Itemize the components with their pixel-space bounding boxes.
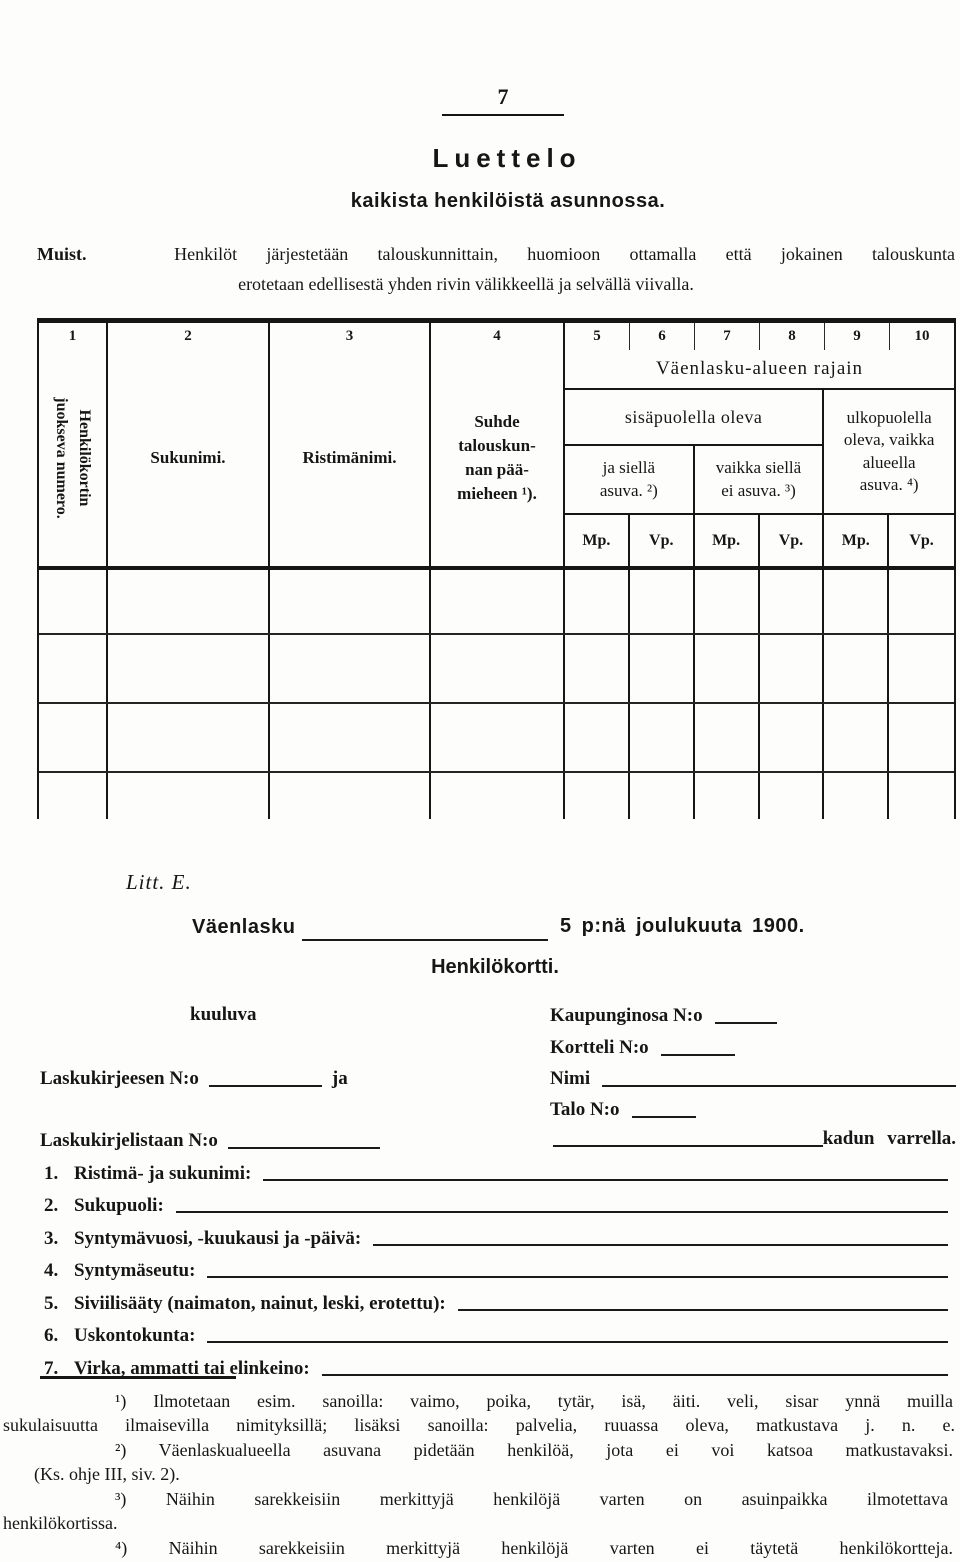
table-empty-cell (695, 570, 760, 633)
footnote-3-marker: ³) (115, 1489, 126, 1509)
table-empty-cell (108, 773, 270, 819)
footnote-3-line1: ³) Näihin sarekkeisiin merkittyjä henkil… (115, 1488, 948, 1510)
table-empty-cell (108, 704, 270, 771)
footnote-2-line2: (Ks. ohje III, siv. 2). (34, 1463, 180, 1485)
count-list-row: Laskukirjelistaan N:o (40, 1129, 510, 1153)
header-col4-relation: 4 Suhde talouskun- nan pää- mieheen ¹). (431, 323, 565, 566)
col-number-5: 5 (565, 323, 629, 350)
table-empty-cell (824, 704, 889, 771)
table-empty-cell (889, 570, 954, 633)
footnote-2-text: Väenlaskualueella asuvana pidetään henki… (159, 1440, 953, 1460)
and-label: ja (332, 1067, 348, 1091)
item-blank (373, 1244, 948, 1246)
header-female-1: Vp. (630, 515, 695, 566)
table-empty-cell (695, 635, 760, 702)
table-empty-cell (270, 635, 431, 702)
item-religion: 6.Uskontokunta: (40, 1317, 952, 1350)
col-number-1: 1 (69, 323, 77, 350)
block-label: Kortteli N:o (550, 1036, 649, 1060)
item-label: Sukupuoli: (74, 1192, 164, 1219)
table-empty-cell (39, 570, 108, 633)
item-label: Syntymävuosi, -kuukausi ja -päivä: (74, 1225, 361, 1252)
sub2-line1: vaikka siellä (716, 457, 801, 480)
table-empty-cell (889, 773, 954, 819)
table-empty-cell (108, 570, 270, 633)
header-col1-card-number: 1 Henkilökortin juokseva numero. (39, 323, 108, 566)
note-paragraph-line2: erotetaan edellisestä yhden rivin välikk… (6, 270, 926, 298)
table-empty-cell (39, 773, 108, 819)
item-number: 3. (40, 1225, 74, 1252)
item-birthplace: 4.Syntymäseutu: (40, 1252, 952, 1285)
item-number: 6. (40, 1322, 74, 1349)
footnote-4-marker: ⁴) (115, 1538, 127, 1558)
table-empty-cell (630, 570, 695, 633)
col4-label-line2: talouskun- (458, 434, 535, 458)
footnote-2-line1: ²) Väenlaskualueella asuvana pidetään he… (115, 1439, 953, 1461)
count-list-blank (228, 1147, 380, 1149)
street-row: kadun varrella. (553, 1127, 956, 1151)
footnote-3-text: Näihin sarekkeisiin merkittyjä henkilöjä… (166, 1489, 948, 1509)
table-body (39, 566, 954, 819)
census-area-caption: Väenlasku-alueen rajain (565, 350, 954, 388)
col-number-8: 8 (759, 323, 824, 350)
table-empty-row (39, 570, 954, 635)
table-empty-cell (431, 704, 565, 771)
item-label: Siviilisääty (naimaton, nainut, leski, e… (74, 1290, 446, 1317)
block-row: Kortteli N:o (550, 1036, 956, 1060)
footnote-4-line1: ⁴) Näihin sarekkeisiin merkittyjä henkil… (115, 1537, 953, 1559)
note-label: Muist. (37, 244, 87, 264)
sub1-line2: asuva. ²) (600, 480, 658, 503)
header-female-2: Vp. (760, 515, 825, 566)
table-empty-row (39, 773, 954, 819)
table-empty-cell (565, 773, 630, 819)
table-empty-cell (824, 773, 889, 819)
header-census-area-group: 5 6 7 8 9 10 Väenlasku-alueen rajain (565, 323, 954, 390)
table-empty-row (39, 704, 954, 773)
footnote-2-marker: ²) (115, 1440, 126, 1460)
sub2-line2: ei asuva. ³) (721, 480, 795, 503)
item-label: Ristimä- ja sukunimi: (74, 1160, 251, 1187)
header-male-2: Mp. (695, 515, 760, 566)
table-empty-cell (824, 635, 889, 702)
outside-line3: alueella (863, 452, 916, 474)
table-empty-cell (431, 773, 565, 819)
outside-line2: oleva, vaikka (844, 429, 935, 451)
page-subtitle: kaikista henkilöistä asunnossa. (48, 190, 960, 213)
col-number-6: 6 (629, 323, 694, 350)
table-empty-cell (39, 704, 108, 771)
table-empty-cell (565, 704, 630, 771)
item-number: 2. (40, 1192, 74, 1219)
item-blank (176, 1211, 948, 1213)
census-place-blank (302, 939, 548, 941)
table-empty-cell (695, 704, 760, 771)
col1-vertical-label: Henkilökortin juokseva numero. (49, 397, 95, 519)
note-text: Henkilöt järjestetään talouskunnittain, … (174, 244, 955, 264)
person-detail-items: 1.Ristimä- ja sukunimi: 2.Sukupuoli: 3.S… (40, 1154, 952, 1382)
district-row: Kaupunginosa N:o (550, 1004, 956, 1028)
item-blank (207, 1276, 948, 1278)
header-male-1: Mp. (565, 515, 630, 566)
header-living-there: ja siellä asuva. ²) (565, 446, 695, 515)
count-list-label: Laskukirjelistaan N:o (40, 1129, 218, 1153)
header-col3-firstname: 3 Ristimänimi. (270, 323, 431, 566)
col4-label-line3: nan pää- (465, 458, 529, 482)
header-inside-area: sisäpuolella oleva (565, 390, 824, 446)
table-empty-cell (760, 773, 825, 819)
census-label: Väenlasku (192, 916, 295, 939)
col4-label-line1: Suhde (474, 410, 519, 434)
name-blank (602, 1085, 956, 1087)
count-letter-blank (209, 1085, 322, 1087)
block-blank (661, 1054, 735, 1056)
col-numbers-5-10: 5 6 7 8 9 10 (565, 323, 954, 350)
name-row: Nimi (550, 1067, 956, 1091)
table-empty-cell (630, 635, 695, 702)
table-empty-cell (824, 570, 889, 633)
col-number-7: 7 (694, 323, 759, 350)
footnote-1-line1: ¹) Ilmotetaan esim. sanoilla: vaimo, poi… (115, 1390, 953, 1412)
item-label: Syntymäseutu: (74, 1257, 195, 1284)
count-letter-row: Laskukirjeesen N:o ja (40, 1067, 510, 1091)
table-empty-cell (630, 773, 695, 819)
table-empty-cell (889, 704, 954, 771)
outside-line4: asuva. ⁴) (860, 474, 919, 496)
house-blank (632, 1116, 696, 1118)
col4-label-line4: mieheen ¹). (457, 482, 537, 506)
district-label: Kaupunginosa N:o (550, 1004, 703, 1028)
item-birthdate: 3.Syntymävuosi, -kuukausi ja -päivä: (40, 1219, 952, 1252)
header-col2-surname: 2 Sukunimi. (108, 323, 270, 566)
item-blank (263, 1179, 948, 1181)
table-empty-cell (431, 635, 565, 702)
col2-label: Sukunimi. (150, 446, 225, 470)
col3-label: Ristimänimi. (303, 446, 397, 470)
litt-label: Litt. E. (126, 870, 192, 895)
table-empty-row (39, 635, 954, 704)
col-number-2: 2 (184, 323, 192, 350)
header-not-living-there: vaikka siellä ei asuva. ³) (695, 446, 825, 515)
street-label: kadun varrella. (823, 1127, 956, 1151)
col-number-3: 3 (346, 323, 354, 350)
col4-label: Suhde talouskun- nan pää- mieheen ¹). (431, 350, 563, 566)
col-number-10: 10 (889, 323, 954, 350)
table-empty-cell (760, 570, 825, 633)
census-form-page: 7 Luettelo kaikista henkilöistä asunnoss… (0, 0, 960, 1562)
table-empty-cell (108, 635, 270, 702)
table-empty-cell (630, 704, 695, 771)
table-empty-cell (431, 570, 565, 633)
census-date: 5 p:nä joulukuuta 1900. (560, 915, 805, 938)
table-empty-cell (565, 635, 630, 702)
footnote-1-line2: sukulaisuutta ilmaisevilla nimityksillä;… (3, 1414, 955, 1436)
footnote-separator (40, 1376, 236, 1379)
table-empty-cell (270, 570, 431, 633)
item-number: 4. (40, 1257, 74, 1284)
name-label: Nimi (550, 1067, 590, 1091)
outside-line1: ulkopuolella (847, 407, 932, 429)
note-paragraph-line1: Muist. Henkilöt järjestetään talouskunni… (37, 240, 955, 268)
item-blank (322, 1374, 948, 1376)
table-empty-cell (565, 570, 630, 633)
belongs-label: kuuluva (190, 1004, 257, 1026)
person-card-title: Henkilökortti. (30, 956, 960, 979)
count-letter-label: Laskukirjeesen N:o (40, 1067, 199, 1091)
table-empty-cell (695, 773, 760, 819)
item-sex: 2.Sukupuoli: (40, 1187, 952, 1220)
item-blank (207, 1341, 948, 1343)
table-empty-cell (39, 635, 108, 702)
table-header: 1 Henkilökortin juokseva numero. 2 Sukun… (39, 323, 954, 566)
item-label: Uskontokunta: (74, 1322, 195, 1349)
sub1-line1: ja siellä (603, 457, 655, 480)
item-name: 1.Ristimä- ja sukunimi: (40, 1154, 952, 1187)
item-number: 5. (40, 1290, 74, 1317)
col-number-9: 9 (824, 323, 889, 350)
page-number: 7 (442, 84, 564, 116)
item-marital-status: 5.Siviilisääty (naimaton, nainut, leski,… (40, 1284, 952, 1317)
header-male-3: Mp. (824, 515, 889, 566)
footnote-3-line2: henkilökortissa. (3, 1512, 118, 1534)
table-empty-cell (270, 773, 431, 819)
item-number: 1. (40, 1160, 74, 1187)
item-blank (458, 1309, 948, 1311)
col1-label-line2: juokseva numero. (49, 397, 72, 519)
col1-vertical-label-wrap: Henkilökortin juokseva numero. (39, 350, 106, 566)
footnote-4-text: Näihin sarekkeisiin merkittyjä henkilöjä… (169, 1538, 953, 1558)
house-label: Talo N:o (550, 1098, 620, 1122)
col1-label-line1: Henkilökortin (73, 397, 96, 519)
house-row: Talo N:o (550, 1098, 956, 1122)
footnote-1-text: Ilmotetaan esim. sanoilla: vaimo, poika,… (153, 1391, 953, 1411)
header-female-3: Vp. (889, 515, 954, 566)
street-blank (553, 1145, 823, 1147)
table-empty-cell (270, 704, 431, 771)
district-blank (715, 1022, 777, 1024)
page-title: Luettelo (47, 143, 960, 174)
table-empty-cell (760, 635, 825, 702)
col-number-4: 4 (493, 323, 501, 350)
table-empty-cell (889, 635, 954, 702)
footnote-1-marker: ¹) (115, 1391, 126, 1411)
header-outside-area: ulkopuolella oleva, vaikka alueella asuv… (824, 390, 954, 515)
table-empty-cell (760, 704, 825, 771)
persons-table: 1 Henkilökortin juokseva numero. 2 Sukun… (37, 318, 956, 819)
